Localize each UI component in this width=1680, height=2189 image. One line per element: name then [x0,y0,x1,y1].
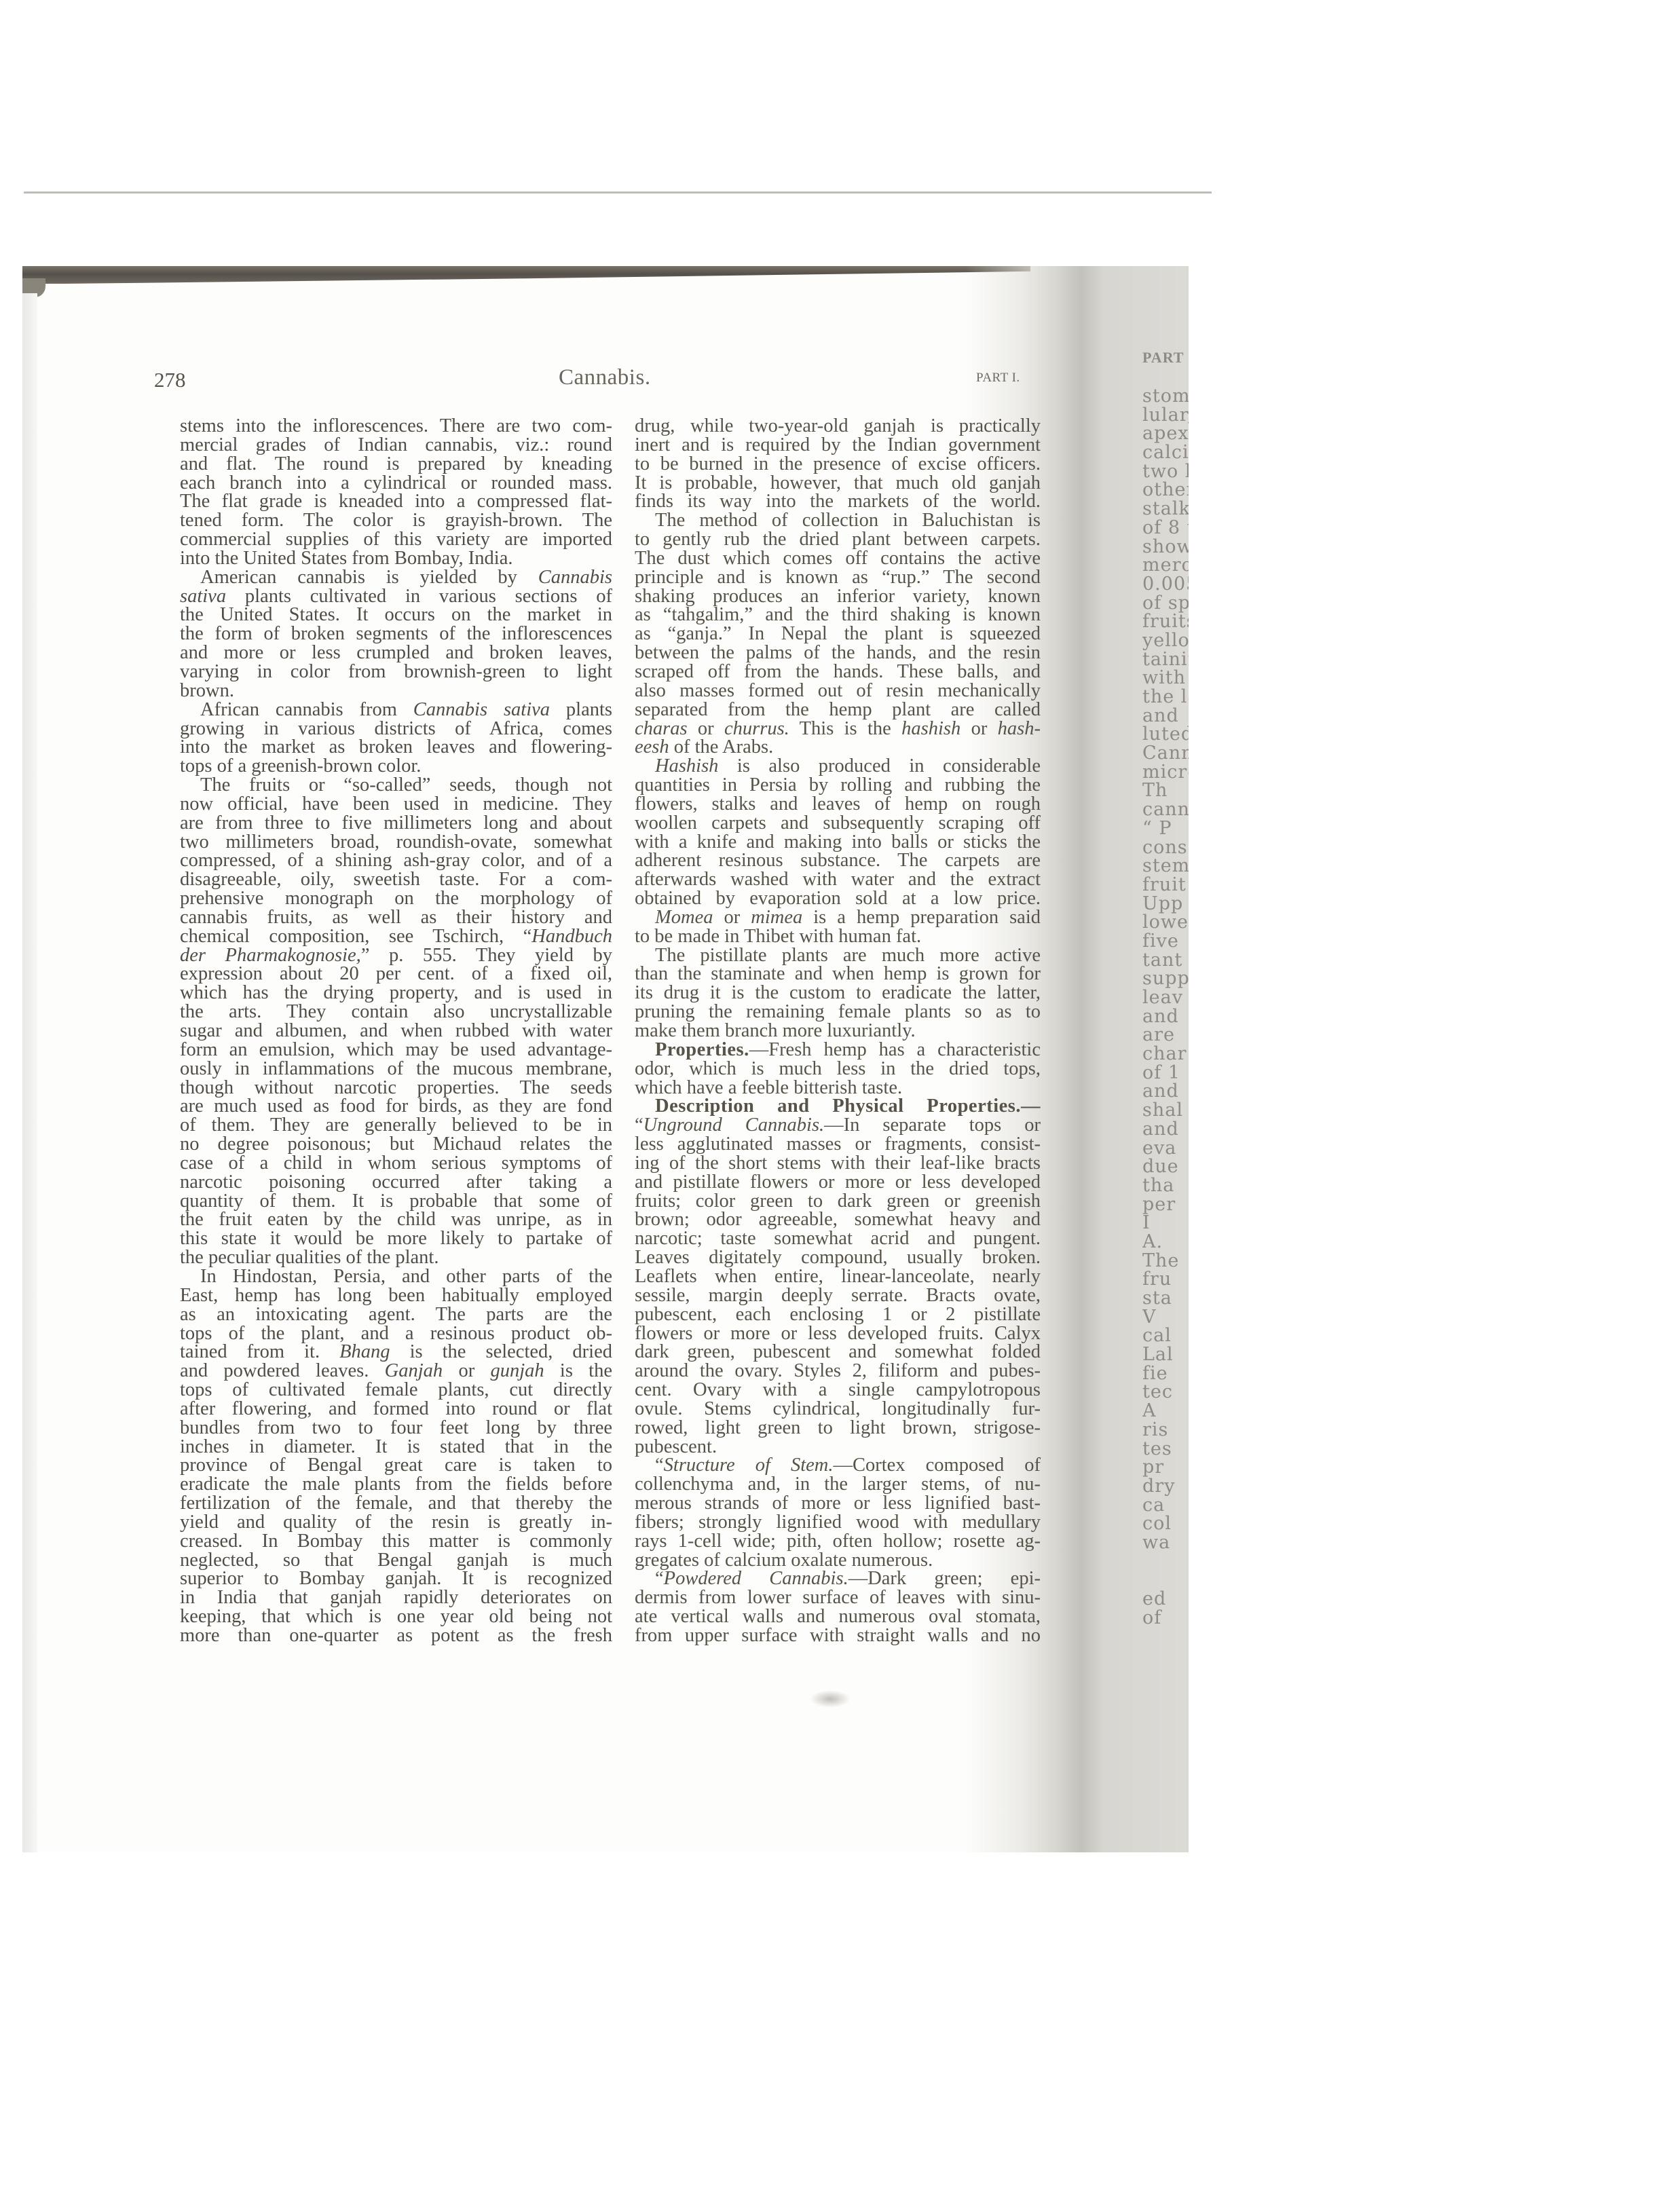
text-run: ” p. 555. They yield by [361,945,612,966]
text-line: rays 1-cell wide; pith, often hollow; ro… [635,1532,1041,1551]
text-run: stems into the inflorescences. There are… [180,415,612,436]
facing-line-fragment: other [1142,481,1189,500]
text-line: eesh of the Arabs. [635,738,1041,757]
text-run: collenchyma and, in the larger stems, of… [635,1474,1041,1495]
text-run: are much used as food for birds, as they… [180,1096,612,1117]
facing-line-fragment: leav [1142,988,1189,1007]
italic-term: Momea [655,907,713,928]
text-line: less agglutinated masses or fragments, c… [635,1135,1041,1154]
facing-line-fragment: micro [1142,763,1189,782]
text-run: fertilization of the female, and that th… [180,1493,612,1514]
text-run: narcotic poisoning occurred after taking… [180,1172,612,1193]
italic-term: churrus. [724,718,789,739]
text-run: inches in diameter. It is stated that in… [180,1436,612,1457]
text-line: The method of collection in Baluchistan … [635,511,1041,530]
text-run: eradicate the male plants from the field… [180,1474,612,1495]
text-run: and pistillate flowers or more or less d… [635,1172,1041,1193]
facing-line-fragment: ed [1142,1590,1189,1609]
text-run: The pistillate plants are much more acti… [655,945,1041,966]
facing-line-fragment [1142,1552,1189,1571]
facing-line-fragment: calciu [1142,443,1189,462]
text-line: gregates of calcium oxalate numerous. [635,1551,1041,1570]
text-run: chemical composition, see Tschirch, “ [180,926,531,947]
ink-smudge [810,1690,851,1708]
facing-line-fragment: supp [1142,969,1189,988]
text-run: province of Bengal great care is taken t… [180,1455,612,1476]
facing-line-fragment: stoma [1142,387,1189,406]
text-line: brown. [180,681,612,700]
text-line: as an intoxicating agent. The parts are … [180,1305,612,1324]
text-run: Leaflets when entire, linear-lanceolate,… [635,1266,1041,1287]
text-run: This is the [789,718,901,739]
text-line: as “ganja.” In Nepal the plant is squeez… [635,624,1041,643]
text-run: fibers; strongly lignified wood with med… [635,1512,1041,1533]
text-run: The method of collection in Baluchistan … [655,510,1041,531]
text-run: this state it would be more likely to pa… [180,1228,612,1249]
text-run: ovule. Stems cylindrical, longitudinally… [635,1398,1041,1419]
text-run: which has the drying property, and is us… [180,982,612,1003]
facing-line-fragment: showi [1142,538,1189,557]
text-run: now official, have been used in medicine… [180,793,612,815]
italic-term: hashish [901,718,960,739]
text-run: with a knife and making into balls or st… [635,831,1041,853]
text-run: scraped off from the hands. These balls,… [635,661,1041,682]
text-line: between the palms of the hands, and the … [635,643,1041,662]
facing-line-fragment: tec [1142,1383,1189,1402]
facing-line-fragment: cann [1142,800,1189,819]
text-line: its drug it is the custom to eradicate t… [635,984,1041,1003]
text-line: ously in inflammations of the mucous mem… [180,1060,612,1079]
facing-line-fragment: cal [1142,1326,1189,1345]
text-line: In Hindostan, Persia, and other parts of… [180,1267,612,1286]
text-line: ing of the short stems with their leaf-l… [635,1154,1041,1173]
text-line: are much used as food for birds, as they… [180,1097,612,1116]
text-line: the arts. They contain also uncrystalliz… [180,1003,612,1022]
text-run: separated from the hemp plant are called [635,699,1041,720]
text-line: with a knife and making into balls or st… [635,833,1041,852]
text-run: case of a child in whom serious symptoms… [180,1153,612,1174]
text-run: into the United States from Bombay, Indi… [180,548,512,569]
running-head: 278 Cannabis. PART I. [22,368,1189,395]
text-run: as “ganja.” In Nepal the plant is squeez… [635,623,1041,644]
text-run: disagreeable, oily, sweetish taste. For … [180,869,612,890]
text-run: bundles from two to four feet long by th… [180,1417,612,1438]
text-run: or [960,718,997,739]
facing-page-header: PART [1142,349,1184,367]
text-line: this state it would be more likely to pa… [180,1229,612,1248]
facing-line-fragment: and [1142,1120,1189,1139]
italic-term: der Pharmakognosie, [180,945,361,966]
text-run: “ [635,1115,643,1136]
text-line: expression about 20 per cent. of a fixed… [180,965,612,984]
text-line: after flowering, and formed into round o… [180,1400,612,1419]
text-line: sugar and albumen, and when rubbed with … [180,1022,612,1041]
text-line: the fruit eaten by the child was unripe,… [180,1210,612,1229]
text-line: finds its way into the markets of the wo… [635,492,1041,511]
text-run: woollen carpets and subsequently scrapin… [635,812,1041,834]
italic-term: charas [635,718,688,739]
text-run: and more or less crumpled and broken lea… [180,642,612,663]
text-line: Momea or mimea is a hemp preparation sai… [635,908,1041,927]
text-run: dark green, pubescent and somewhat folde… [635,1341,1041,1362]
text-line: Leaflets when entire, linear-lanceolate,… [635,1267,1041,1286]
text-line: Description and Physical Properties.— [635,1097,1041,1116]
text-run: are from three to five millimeters long … [180,812,612,834]
text-line: cannabis fruits, as well as their histor… [180,908,612,927]
facing-line-fragment: tainin [1142,650,1189,669]
text-run: also masses formed out of resin mechanic… [635,680,1041,701]
left-text-column: stems into the inflorescences. There are… [180,417,612,1645]
italic-term: mimea [751,907,802,928]
facing-line-fragment: fruits [1142,612,1189,631]
text-line: which have a feeble bitterish taste. [635,1079,1041,1098]
facing-line-fragment: V [1142,1308,1189,1327]
text-line: narcotic poisoning occurred after taking… [180,1173,612,1192]
text-line: into the market as broken leaves and flo… [180,738,612,757]
facing-line-fragment: lular, [1142,406,1189,425]
text-line: to gently rub the dried plant between ca… [635,530,1041,549]
text-line: “Structure of Stem.—Cortex composed of [635,1456,1041,1475]
text-run: ate vertical walls and numerous oval sto… [635,1606,1041,1627]
text-line: fertilization of the female, and that th… [180,1494,612,1513]
text-run: the United States. It occurs on the mark… [180,604,612,625]
text-line: The dust which comes off contains the ac… [635,549,1041,568]
text-line: than the staminate and when hemp is grow… [635,965,1041,984]
facing-line-fragment: of 8 t [1142,519,1189,538]
text-run: —Dark green; epi- [848,1568,1041,1589]
facing-line-fragment: dry [1142,1477,1189,1496]
text-line: also masses formed out of resin mechanic… [635,681,1041,700]
facing-line-fragment: Cann [1142,744,1189,763]
text-line: The flat grade is kneaded into a compres… [180,492,612,511]
facing-line-fragment: and [1142,707,1189,726]
text-run: into the market as broken leaves and flo… [180,736,612,757]
text-line: dermis from lower surface of leaves with… [635,1588,1041,1607]
text-run: African cannabis from [200,699,413,720]
facing-line-fragment: and [1142,1082,1189,1101]
text-line: pruning the remaining female plants so a… [635,1003,1041,1022]
text-run: adherent resinous substance. The carpets… [635,850,1041,871]
text-run: pruning the remaining female plants so a… [635,1001,1041,1022]
text-line: Hashish is also produced in considerable [635,757,1041,776]
facing-line-fragment: The [1142,1252,1189,1271]
facing-line-fragment: wa [1142,1533,1189,1552]
text-line: compressed, of a shining ash-gray color,… [180,851,612,870]
text-line: around the ovary. Styles 2, filiform and… [635,1362,1041,1381]
italic-term: Cannabis [538,567,612,588]
book-top-edge [22,266,1030,284]
text-line: keeping, that which is one year old bein… [180,1607,612,1626]
text-run: flowers or more or less developed fruits… [635,1323,1041,1344]
text-line: bundles from two to four feet long by th… [180,1419,612,1438]
facing-line-fragment: luted [1142,725,1189,744]
facing-line-fragment: ca [1142,1496,1189,1515]
facing-line-fragment: stalk, [1142,500,1189,519]
facing-line-fragment: Upp [1142,895,1189,914]
text-run: odor, which is much less in the dried to… [635,1058,1041,1079]
text-run: narcotic; taste somewhat acrid and punge… [635,1228,1041,1249]
text-run: plants [550,699,612,720]
text-run: the peculiar qualities of the plant. [180,1247,438,1268]
text-line: flowers or more or less developed fruits… [635,1324,1041,1343]
italic-term: gunjah [490,1360,544,1381]
text-run: sessile, margin deeply serrate. Bracts o… [635,1285,1041,1306]
text-run: tened form. The color is grayish-brown. … [180,510,612,531]
text-run: afterwards washed with water and the ext… [635,869,1041,890]
text-line: and more or less crumpled and broken lea… [180,643,612,662]
text-line: shaking produces an inferior variety, kn… [635,587,1041,606]
text-run: prehensive monograph on the morphology o… [180,888,612,909]
text-run: American cannabis is yielded by [200,567,538,588]
text-run: quantities in Persia by rolling and rubb… [635,774,1041,796]
text-line: prehensive monograph on the morphology o… [180,889,612,908]
text-line: dark green, pubescent and somewhat folde… [635,1343,1041,1362]
text-line: Properties.—Fresh hemp has a characteris… [635,1041,1041,1060]
page-left-edge [22,293,37,1852]
text-line: separated from the hemp plant are called [635,700,1041,719]
text-run: keeping, that which is one year old bein… [180,1606,612,1627]
text-line: fibers; strongly lignified wood with med… [635,1513,1041,1532]
text-line: merous strands of more or less lignified… [635,1494,1041,1513]
text-line: East, hemp has long been habitually empl… [180,1286,612,1305]
text-run: no degree poisonous; but Michaud relates… [180,1134,612,1155]
text-run: inert and is required by the Indian gove… [635,434,1041,455]
text-line: to be made in Thibet with human fat. [635,927,1041,946]
text-line: varying in color from brownish-green to … [180,662,612,681]
text-run: of them. They are generally believed to … [180,1115,612,1136]
text-run: —Cortex composed of [834,1455,1041,1476]
text-line: rowed, light green to light brown, strig… [635,1419,1041,1438]
text-line: no degree poisonous; but Michaud relates… [180,1135,612,1154]
text-line: creased. In Bombay this matter is common… [180,1532,612,1551]
text-run: from upper surface with straight walls a… [635,1625,1041,1646]
text-line: inches in diameter. It is stated that in… [180,1438,612,1457]
text-run: in India that ganjah rapidly deteriorate… [180,1587,612,1608]
italic-term: Ganjah [385,1360,443,1381]
text-run: plants cultivated in various sections of [226,586,612,607]
text-line: The pistillate plants are much more acti… [635,946,1041,965]
facing-line-fragment: “ P [1142,819,1189,838]
text-line: ovule. Stems cylindrical, longitudinally… [635,1400,1041,1419]
text-run: —Fresh hemp has a characteristic [749,1039,1041,1060]
run-in-heading: Properties. [655,1039,749,1060]
text-run: shaking produces an inferior variety, kn… [635,586,1041,607]
text-run: to gently rub the dried plant between ca… [635,529,1041,550]
text-line: principle and is known as “rup.” The sec… [635,568,1041,587]
text-line: chemical composition, see Tschirch, “Han… [180,927,612,946]
text-run: The dust which comes off contains the ac… [635,548,1041,569]
text-run: expression about 20 per cent. of a fixed… [180,963,612,984]
text-run: merous strands of more or less lignified… [635,1493,1041,1514]
text-run: more than one-quarter as potent as the f… [180,1625,612,1646]
text-run: of the Arabs. [669,736,774,757]
text-run: is the selected, dried [390,1341,612,1362]
book-page-spread: 278 Cannabis. PART I. stems into the inf… [22,266,1189,1852]
text-line: “Powdered Cannabis.—Dark green; epi- [635,1569,1041,1588]
text-run: around the ovary. Styles 2, filiform and… [635,1360,1041,1381]
text-line: to be burned in the presence of excise o… [635,455,1041,474]
text-run: rays 1-cell wide; pith, often hollow; ro… [635,1531,1041,1552]
text-run: to be made in Thibet with human fat. [635,926,921,947]
text-run: finds its way into the markets of the wo… [635,491,1041,512]
text-line: stems into the inflorescences. There are… [180,417,612,436]
text-line: inert and is required by the Indian gove… [635,436,1041,455]
text-line: The fruits or “so-called” seeds, though … [180,776,612,795]
text-run: the form of broken segments of the inflo… [180,623,612,644]
text-line: narcotic; taste somewhat acrid and punge… [635,1229,1041,1248]
facing-line-fragment: tes [1142,1440,1189,1459]
facing-line-fragment: sta [1142,1289,1189,1308]
text-run: as an intoxicating agent. The parts are … [180,1304,612,1325]
text-run: ing of the short stems with their leaf-l… [635,1153,1041,1174]
facing-line-fragment: I [1142,1214,1189,1233]
text-run: “ [655,1568,664,1589]
text-run: The fruits or “so-called” seeds, though … [200,774,612,796]
text-run: obtained by evaporation sold at a low pr… [635,888,1041,909]
text-line: and pistillate flowers or more or less d… [635,1173,1041,1192]
facing-page-lines: stomalular,apexcalciutwo kotherstalk,of … [1142,387,1189,1627]
text-run: though without narcotic properties. The … [180,1077,612,1098]
facing-line-fragment: fie [1142,1364,1189,1383]
scan-edge-line [24,191,1212,193]
text-line: African cannabis from Cannabis sativa pl… [180,700,612,719]
text-run: tops of the plant, and a resinous produc… [180,1323,612,1344]
text-line: in India that ganjah rapidly deteriorate… [180,1588,612,1607]
text-run: The flat grade is kneaded into a compres… [180,491,612,512]
text-run: make them branch more luxuriantly. [635,1020,916,1041]
text-line: province of Bengal great care is taken t… [180,1456,612,1475]
text-line: though without narcotic properties. The … [180,1079,612,1098]
text-line: disagreeable, oily, sweetish taste. For … [180,870,612,889]
text-run: sugar and albumen, and when rubbed with … [180,1020,612,1041]
text-line: mercial grades of Indian cannabis, viz.:… [180,436,612,455]
text-run: neglected, so that Bengal ganjah is much [180,1550,612,1571]
text-run: In Hindostan, Persia, and other parts of… [200,1266,612,1287]
facing-line-fragment: A [1142,1402,1189,1421]
text-run: the fruit eaten by the child was unripe,… [180,1209,612,1230]
text-line: two millimeters broad, roundish-ovate, s… [180,833,612,852]
text-run: after flowering, and formed into round o… [180,1398,612,1419]
text-run: to be burned in the presence of excise o… [635,453,1041,474]
text-run: cannabis fruits, as well as their histor… [180,907,612,928]
text-line: American cannabis is yielded by Cannabis [180,568,612,587]
facing-line-fragment: of [1142,1609,1189,1628]
text-run: —In separate tops or [824,1115,1041,1136]
text-run: gregates of calcium oxalate numerous. [635,1550,933,1571]
text-line: yield and quality of the resin is greatl… [180,1513,612,1532]
text-line: fruits; color green to dark green or gre… [635,1192,1041,1211]
text-run: each branch into a cylindrical or rounde… [180,472,612,493]
text-line: quantity of them. It is probable that so… [180,1192,612,1211]
facing-line-fragment: tant [1142,951,1189,970]
text-run: mercial grades of Indian cannabis, viz.:… [180,434,612,455]
text-line: tops of the plant, and a resinous produc… [180,1324,612,1343]
text-line: superior to Bombay ganjah. It is recogni… [180,1569,612,1588]
text-run: pubescent. [635,1436,717,1457]
facing-line-fragment: fruit [1142,876,1189,895]
facing-line-fragment [1142,1571,1189,1590]
text-line: woollen carpets and subsequently scrapin… [635,814,1041,833]
italic-term: Bhang [339,1341,390,1362]
text-run: dermis from lower surface of leaves with… [635,1587,1041,1608]
text-run: fruits; color green to dark green or gre… [635,1191,1041,1212]
text-run: less agglutinated masses or fragments, c… [635,1134,1041,1155]
text-line: “Unground Cannabis.—In separate tops or [635,1116,1041,1135]
text-line: the United States. It occurs on the mark… [180,605,612,624]
text-run: varying in color from brownish-green to … [180,661,612,682]
text-line: der Pharmakognosie,” p. 555. They yield … [180,946,612,965]
text-run: growing in various districts of Africa, … [180,718,612,739]
facing-line-fragment: merou [1142,556,1189,575]
facing-line-fragment: tha [1142,1176,1189,1195]
italic-term: Structure of Stem. [664,1455,834,1476]
text-line: drug, while two-year-old ganjah is pract… [635,417,1041,436]
facing-line-fragment: ris [1142,1421,1189,1440]
text-run: principle and is known as “rup.” The sec… [635,567,1041,588]
text-run: ously in inflammations of the mucous mem… [180,1058,612,1079]
facing-line-fragment: five [1142,932,1189,951]
text-line: adherent resinous substance. The carpets… [635,851,1041,870]
facing-line-fragment: due [1142,1157,1189,1176]
text-line: and powdered leaves. Ganjah or gunjah is… [180,1362,612,1381]
text-line: commercial supplies of this variety are … [180,530,612,549]
text-line: afterwards washed with water and the ext… [635,870,1041,889]
run-in-heading: Description and Physical Properties.— [655,1096,1041,1117]
text-line: collenchyma and, in the larger stems, of… [635,1475,1041,1494]
right-text-column: drug, while two-year-old ganjah is pract… [635,417,1041,1645]
facing-page-fragment: PART stomalular,apexcalciutwo kotherstal… [1142,266,1189,1852]
text-run: brown; odor agreeable, somewhat heavy an… [635,1209,1041,1230]
text-line: pubescent. [635,1438,1041,1457]
text-line: as “tahgalim,” and the third shaking is … [635,605,1041,624]
text-run: is the [544,1360,612,1381]
facing-line-fragment: per [1142,1195,1189,1214]
text-run: is also produced in considerable [718,755,1041,777]
text-run: cent. Ovary with a single campylotropous [635,1379,1041,1400]
facing-line-fragment: lowe [1142,913,1189,932]
part-label: PART I. [976,371,1020,386]
italic-term: Powdered Cannabis. [664,1568,848,1589]
facing-line-fragment: char [1142,1045,1189,1064]
text-run: is a hemp preparation said [802,907,1041,928]
text-run: which have a feeble bitterish taste. [635,1077,902,1098]
italic-term: Handbuch [531,926,612,947]
text-line: odor, which is much less in the dried to… [635,1060,1041,1079]
text-run: or [688,718,724,739]
facing-line-fragment: cons [1142,838,1189,857]
text-run: pubescent, each enclosing 1 or 2 pistill… [635,1304,1041,1325]
text-line: brown; odor agreeable, somewhat heavy an… [635,1210,1041,1229]
facing-line-fragment: pr [1142,1458,1189,1477]
running-title: Cannabis. [559,365,651,390]
text-line: tened form. The color is grayish-brown. … [180,511,612,530]
text-line: each branch into a cylindrical or rounde… [180,474,612,493]
text-run: or [443,1360,490,1381]
text-run: quantity of them. It is probable that so… [180,1191,612,1212]
text-line: quantities in Persia by rolling and rubb… [635,776,1041,795]
text-run: compressed, of a shining ash-gray color,… [180,850,612,871]
text-run: brown. [180,680,234,701]
text-run: form an emulsion, which may be used adva… [180,1039,612,1060]
text-line: tops of cultivated female plants, cut di… [180,1381,612,1400]
text-run: creased. In Bombay this matter is common… [180,1531,612,1552]
text-line: and flat. The round is prepared by knead… [180,455,612,474]
facing-line-fragment: with [1142,669,1189,688]
facing-line-fragment: fru [1142,1270,1189,1289]
text-line: now official, have been used in medicine… [180,795,612,814]
facing-line-fragment: A. [1142,1233,1189,1252]
facing-line-fragment: and [1142,1007,1189,1026]
